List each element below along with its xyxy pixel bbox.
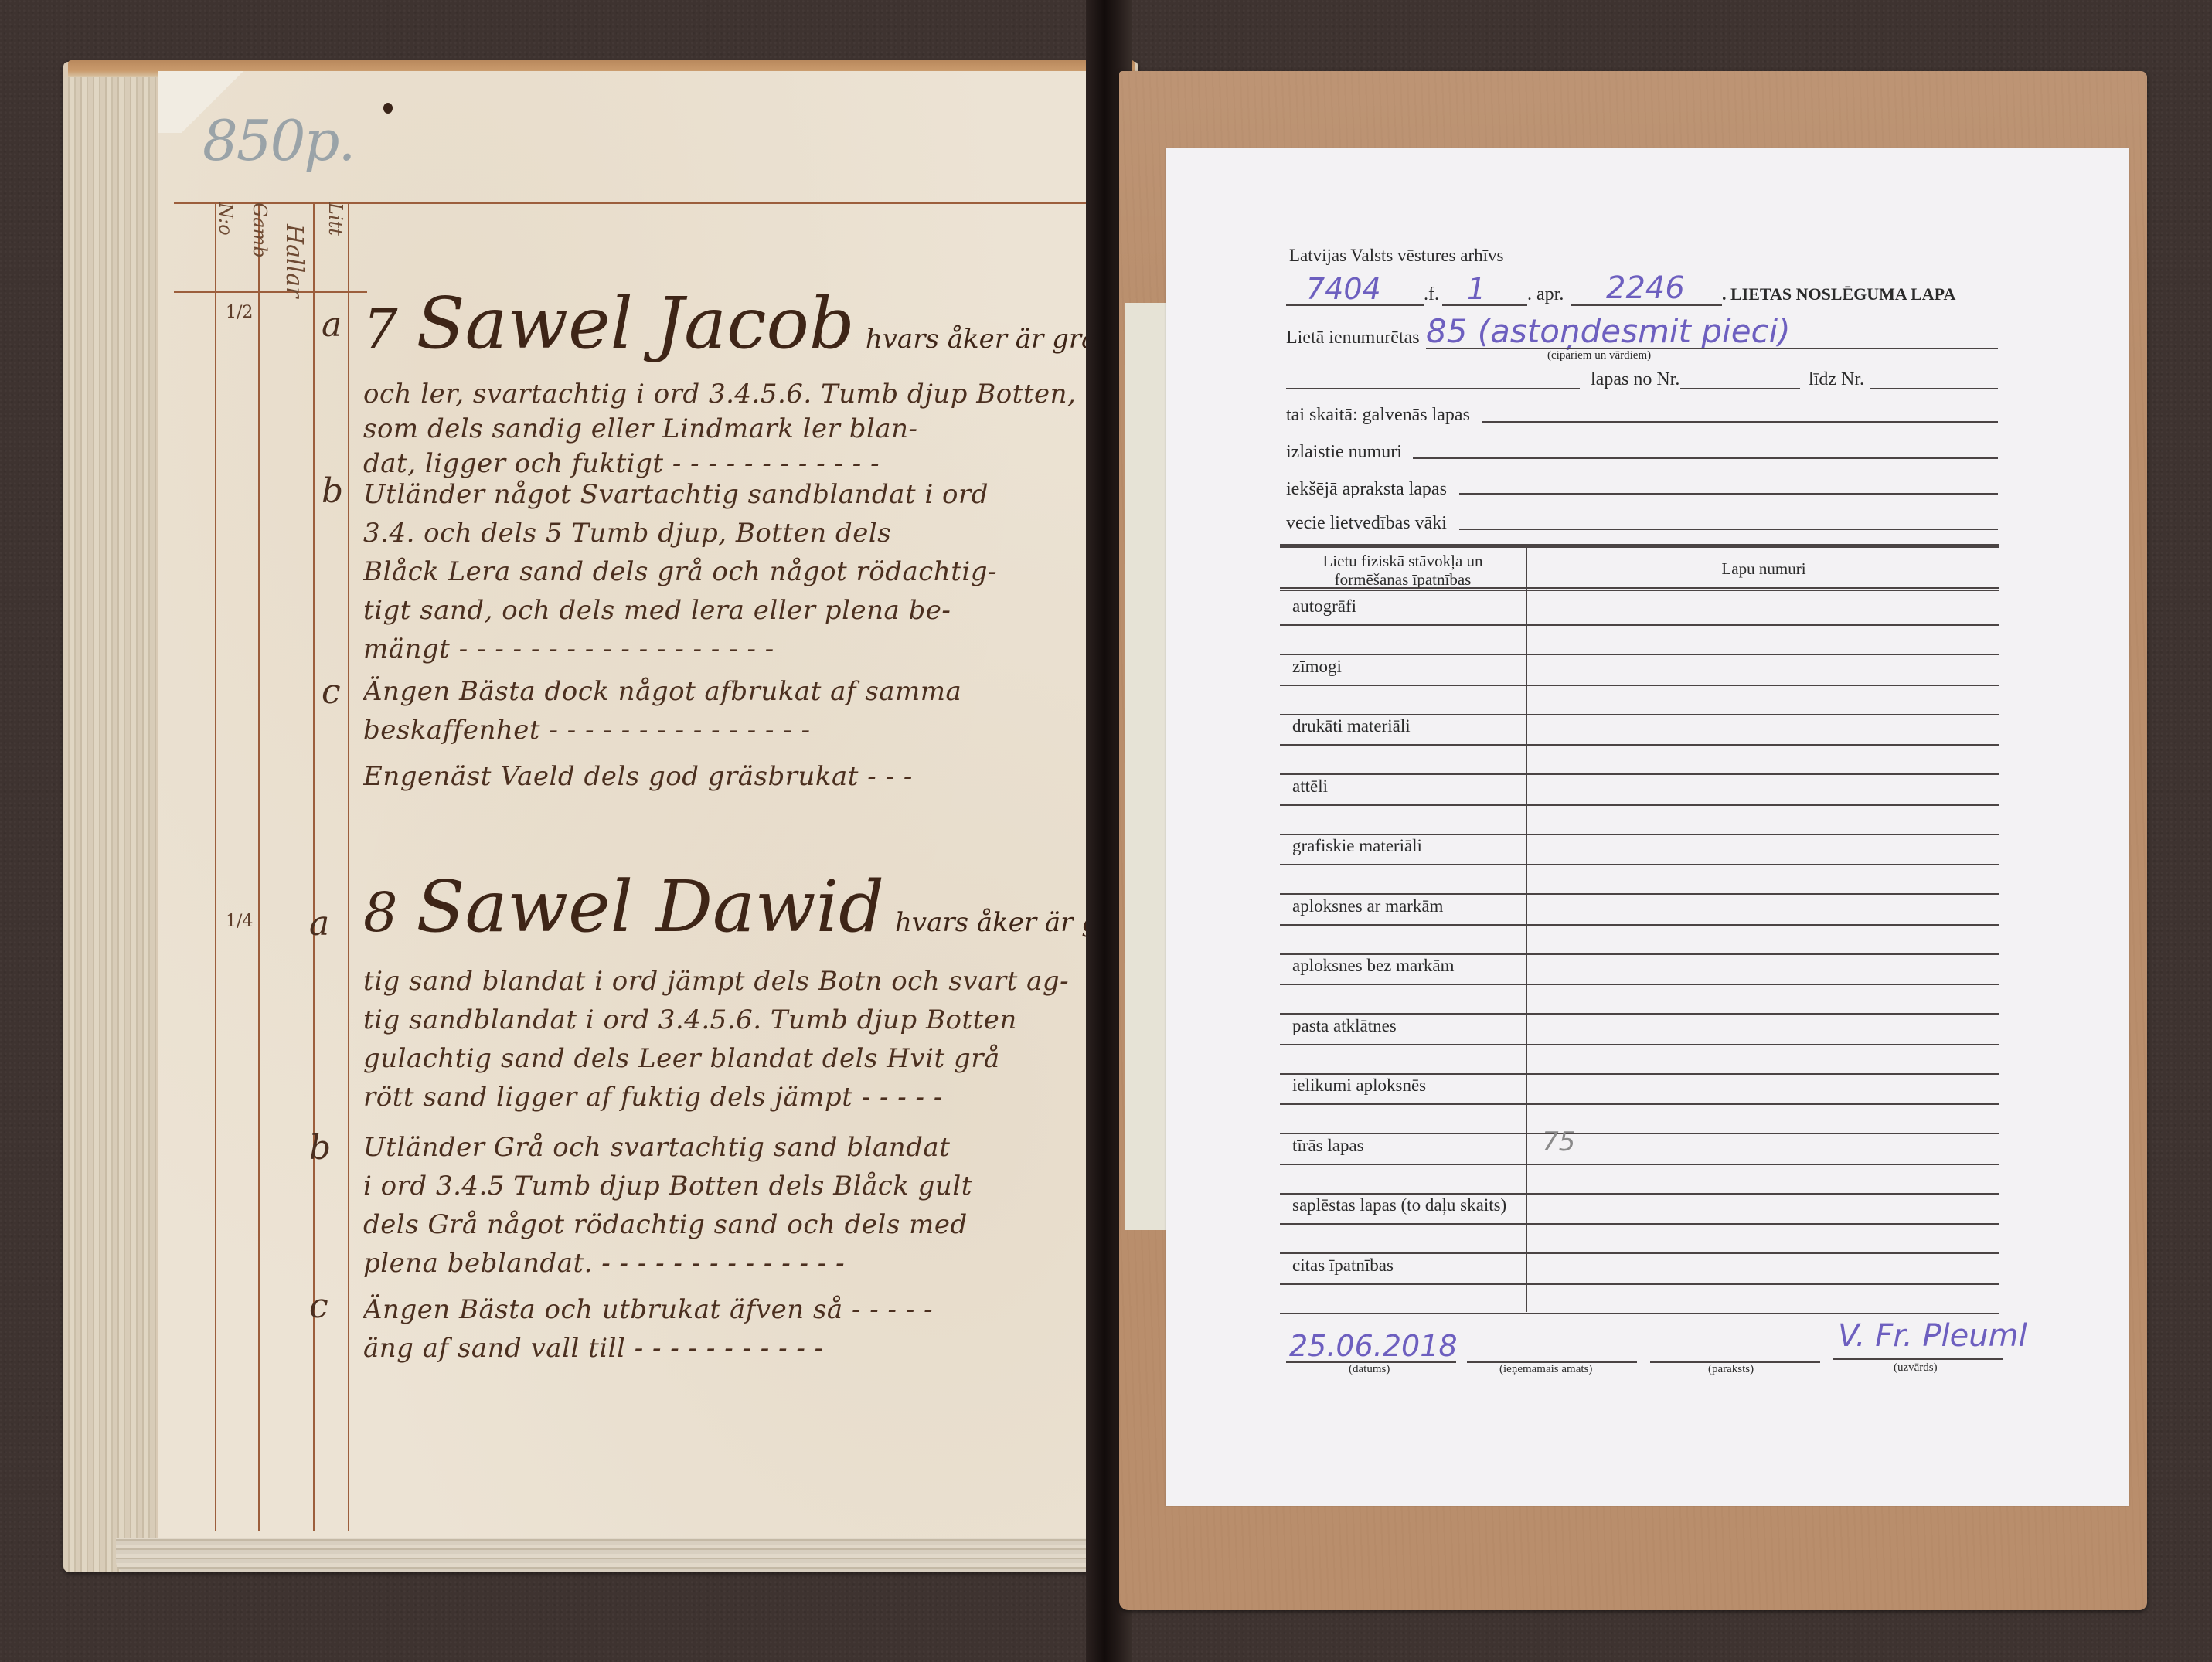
signature-label: (paraksts) — [1708, 1363, 1754, 1376]
table-row-label: citas īpatnības — [1292, 1256, 1394, 1276]
form-title: . LIETAS NOSLĒGUMA LAPA — [1722, 284, 1955, 304]
pages-count-line — [1286, 388, 1580, 389]
table-row-subline — [1280, 624, 1999, 626]
field-old-covers-label: vecie lietvedības vāki — [1286, 513, 1447, 534]
numbered-pages-value[interactable]: 85 (astoņdesmit pieci) — [1426, 312, 1791, 350]
table-row-divider — [1280, 714, 1999, 715]
table-row-divider — [1280, 834, 1999, 835]
table-row-label: drukāti materiāli — [1292, 716, 1411, 736]
entry-7-line-b2: 3.4. och dels 5 Tumb djup, Botten dels — [363, 518, 1105, 549]
entry-8-line-b4: plena beblandat. - - - - - - - - - - - -… — [363, 1248, 1105, 1279]
fonds-number-value[interactable]: 7404 — [1306, 272, 1381, 306]
entry-7-line-a4: dat, ligger och fuktigt - - - - - - - - … — [363, 448, 1105, 479]
pages-from-line — [1680, 388, 1800, 389]
entry-7-line-b1: Utländer något Svartachtig sandblandat i… — [363, 479, 1105, 510]
entry-8-line-c2: äng af sand vall till - - - - - - - - - … — [363, 1333, 1105, 1364]
position-label: (ieņemamais amats) — [1499, 1363, 1592, 1376]
column-rule-1 — [215, 202, 216, 1531]
entry-7-line-c2: beskaffenhet - - - - - - - - - - - - - -… — [363, 715, 1105, 746]
table-row-divider — [1280, 953, 1999, 955]
field-internal-description-line[interactable] — [1459, 493, 1998, 495]
table-row-divider — [1280, 1252, 1999, 1254]
field-main-pages-line[interactable] — [1482, 421, 1998, 423]
entry-8-fraction: 1/4 — [226, 912, 253, 931]
table-top-border — [1280, 544, 1999, 548]
table-row-label: aploksnes bez markām — [1292, 956, 1454, 976]
surname-line — [1833, 1358, 2003, 1360]
column-rule-2 — [258, 202, 260, 1531]
inner-paper-strip — [1125, 303, 1166, 1230]
table-row-subline — [1280, 924, 1999, 926]
table-row-divider — [1280, 1073, 1999, 1075]
entry-7-name: Sawel Jacob — [417, 282, 855, 365]
column-rule-3 — [313, 202, 315, 1531]
table-row-divider — [1280, 1313, 1999, 1314]
table-row-label: zīmogi — [1292, 657, 1342, 677]
table-row-subline — [1280, 744, 1999, 746]
field-old-covers-line[interactable] — [1459, 529, 1998, 530]
entry-7-letter-a: a — [322, 305, 342, 345]
entry-8-letter-c: c — [309, 1286, 328, 1326]
entry-7-title: 7Sawel Jacobhvars åker är grå mylla — [363, 282, 1178, 365]
entry-7-line-a2: och ler, svartachtig i ord 3.4.5.6. Tumb… — [363, 379, 1105, 410]
entry-7-line-c3: Engenäst Vaeld dels god gräsbrukat - - - — [363, 761, 1105, 792]
table-header-left-line2: formēšanas īpatnības — [1283, 570, 1523, 589]
table-row-divider — [1280, 1193, 1999, 1195]
table-row-label: aploksnes ar markām — [1292, 896, 1443, 916]
field-main-pages-label: tai skaitā: galvenās lapas — [1286, 405, 1470, 426]
case-number-value[interactable]: 2246 — [1606, 270, 1685, 306]
column-header-litt: Litt — [325, 202, 346, 236]
field-skipped-numbers-line[interactable] — [1413, 457, 1998, 459]
entry-8-line-b2: i ord 3.4.5 Tumb djup Botten dels Blåck … — [363, 1171, 1105, 1201]
table-row-subline — [1280, 1164, 1999, 1165]
entry-7-letter-c: c — [322, 672, 341, 712]
table-row-label: attēli — [1292, 777, 1328, 797]
entry-7-line-c1: Ängen Bästa dock något afbrukat af samma — [363, 676, 1105, 707]
table-row-page-numbers[interactable]: 75 — [1542, 1127, 1575, 1157]
numbered-pages-line — [1426, 348, 1998, 349]
entry-8-line-a5: rött sand ligger af fuktig dels jämpt - … — [363, 1082, 1105, 1113]
table-row-label: grafiskie materiāli — [1292, 836, 1422, 856]
table-column-divider — [1526, 547, 1527, 1312]
entry-8-letter-b: b — [309, 1128, 331, 1167]
entry-7-fraction: 1/2 — [226, 303, 253, 322]
entry-8-name: Sawel Dawid — [417, 865, 884, 948]
pages-from-label: lapas no Nr. — [1591, 369, 1679, 390]
table-row-label: tīrās lapas — [1292, 1136, 1364, 1156]
table-row-label: autogrāfi — [1292, 596, 1356, 617]
header-rule-bottom — [174, 291, 367, 293]
column-header-gamb: Gamb — [249, 202, 271, 258]
field-skipped-numbers-label: izlaistie numuri — [1286, 442, 1402, 463]
table-row-divider — [1280, 893, 1999, 895]
inventory-label: . apr. — [1527, 284, 1564, 305]
archive-name: Latvijas Valsts vēstures arhīvs — [1289, 246, 1503, 266]
pages-to-label: līdz Nr. — [1809, 369, 1864, 390]
entry-7-line-b4: tigt sand, och dels med lera eller plena… — [363, 595, 1105, 626]
date-label: (datums) — [1349, 1363, 1390, 1376]
entry-8-line-b1: Utländer Grå och svartachtig sand blanda… — [363, 1132, 1105, 1163]
pages-to-line — [1870, 388, 1998, 389]
numbered-label: Lietā ienumurētas — [1286, 328, 1420, 348]
table-row-subline — [1280, 1283, 1999, 1285]
inventory-number-value[interactable]: 1 — [1467, 272, 1485, 306]
table-header-left: Lietu fiziskā stāvokļa un formēšanas īpa… — [1283, 552, 1523, 589]
numbered-hint: (cipariem un vārdiem) — [1547, 349, 1651, 362]
table-row-subline — [1280, 984, 1999, 985]
table-header-bottom-border — [1280, 587, 1999, 591]
entry-7-letter-b: b — [322, 471, 343, 511]
case-number-line — [1571, 304, 1722, 306]
column-header-hallar: Hallar — [281, 224, 308, 297]
table-row-divider — [1280, 773, 1999, 775]
table-row-label: saplēstas lapas (to daļu skaits) — [1292, 1195, 1506, 1215]
table-row-subline — [1280, 1103, 1999, 1105]
page-stack-bottom-edge — [116, 1538, 1136, 1572]
fonds-number-line — [1286, 304, 1424, 306]
table-row-subline — [1280, 685, 1999, 686]
surname-label: (uzvārds) — [1894, 1361, 1938, 1375]
entry-8-line-a2: tig sand blandat i ord jämpt dels Botn o… — [363, 966, 1105, 997]
entry-7-line-a3: som dels sandig eller Lindmark ler blan- — [363, 413, 1105, 444]
table-row-subline — [1280, 1223, 1999, 1225]
entry-8-line-c1: Ängen Bästa och utbrukat äfven så - - - … — [363, 1294, 1105, 1325]
entry-8-letter-a: a — [309, 904, 329, 943]
page-stack-edge — [63, 77, 156, 1572]
ink-blot — [383, 103, 393, 114]
column-header-no: N:o — [215, 202, 237, 236]
entry-8-line-a4: gulachtig sand dels Leer blandat dels Hv… — [363, 1043, 1105, 1074]
table-header-right: Lapu numuri — [1529, 559, 1999, 579]
entry-7-line-b3: Blåck Lera sand dels grå och något rödac… — [363, 556, 1105, 587]
entry-8-line-a3: tig sandblandat i ord 3.4.5.6. Tumb djup… — [363, 1004, 1105, 1035]
inventory-number-line — [1442, 304, 1527, 306]
table-row-subline — [1280, 1044, 1999, 1045]
column-rule-4 — [348, 202, 349, 1531]
date-value[interactable]: 25.06.2018 — [1289, 1329, 1458, 1363]
entry-7-line-b5: mängt - - - - - - - - - - - - - - - - - … — [363, 634, 1105, 664]
entry-8-title: 8Sawel Dawidhvars åker är gråach- — [363, 865, 1183, 948]
table-row-divider — [1280, 1013, 1999, 1015]
pencil-page-note: 850p. — [202, 108, 354, 173]
surname-value[interactable]: V. Fr. Pleuml — [1838, 1318, 2027, 1354]
table-row-divider — [1280, 1133, 1999, 1134]
field-internal-description-label: iekšējā apraksta lapas — [1286, 479, 1447, 500]
fonds-label: .f. — [1424, 284, 1439, 305]
table-header-left-line1: Lietu fiziskā stāvokļa un — [1283, 552, 1523, 570]
entry-8-number: 8 — [363, 881, 398, 944]
entry-7-number: 7 — [363, 297, 398, 361]
table-row-label: ielikumi aploksnēs — [1292, 1076, 1426, 1096]
table-row-label: pasta atklātnes — [1292, 1016, 1397, 1036]
table-row-divider — [1280, 654, 1999, 655]
table-row-subline — [1280, 864, 1999, 865]
table-row-subline — [1280, 804, 1999, 806]
entry-8-line-b3: dels Grå något rödachtig sand och dels m… — [363, 1209, 1105, 1240]
